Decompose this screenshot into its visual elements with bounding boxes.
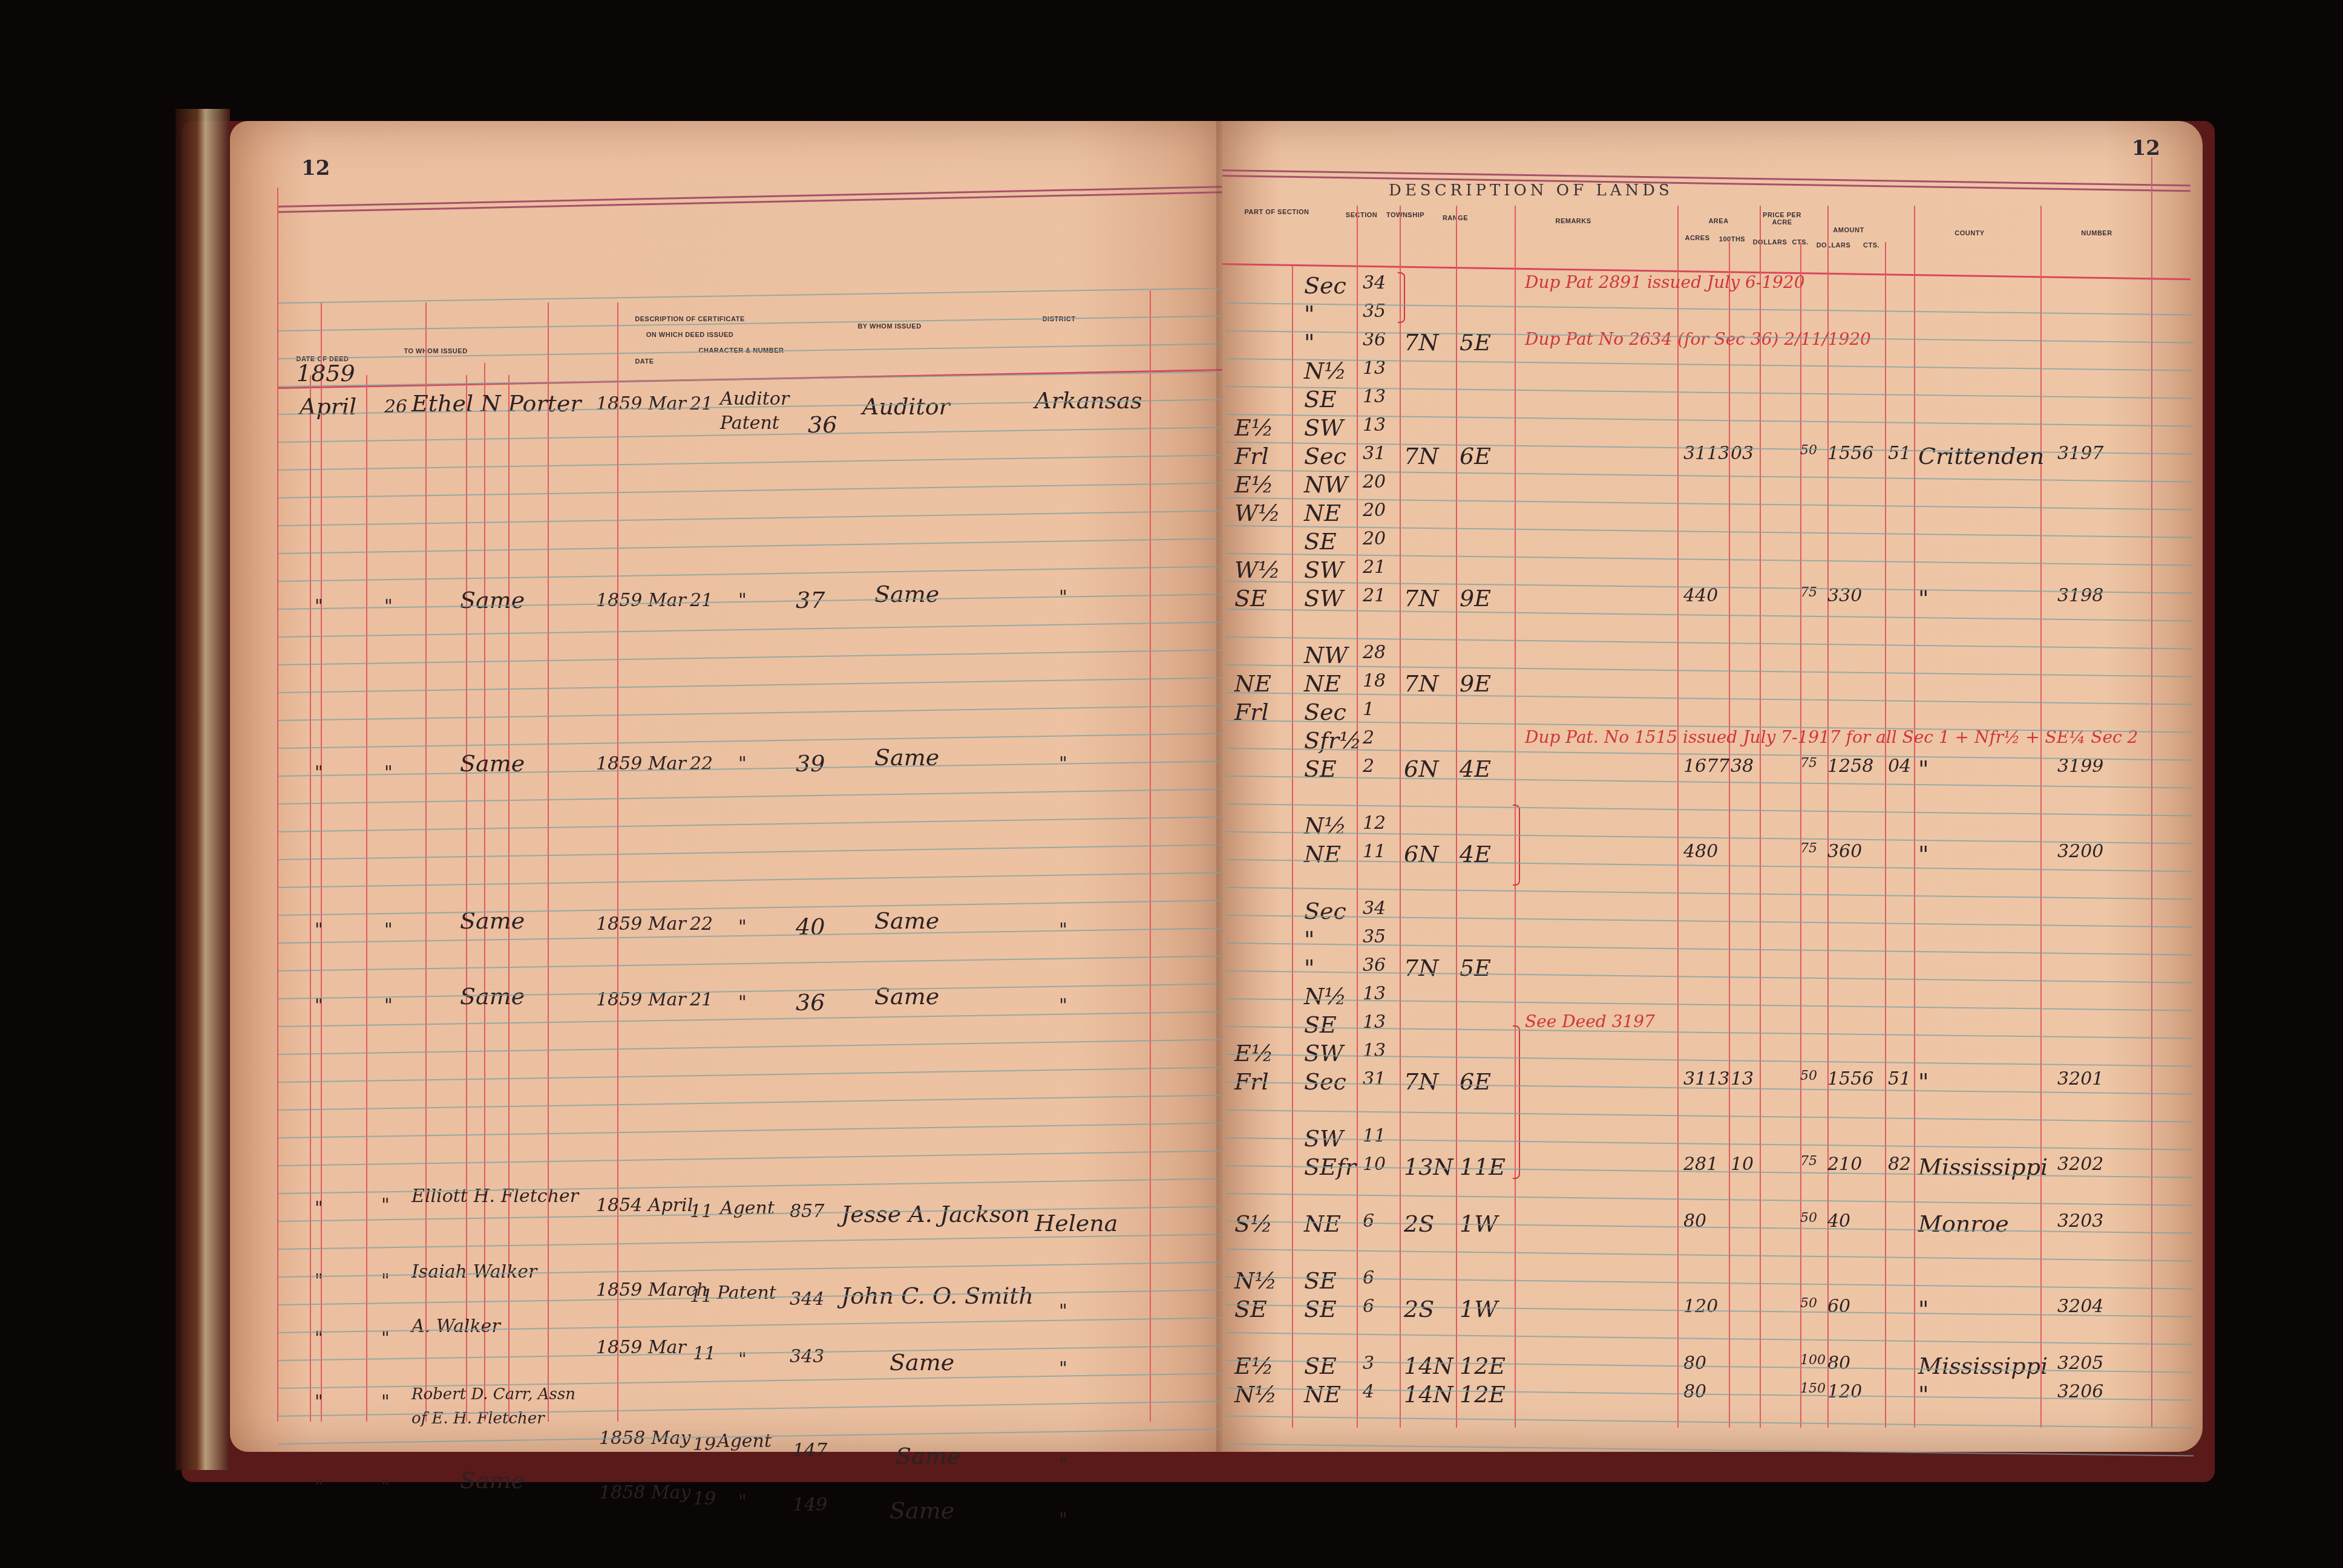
land-q: N½ (1304, 812, 1346, 839)
col-rule (1827, 206, 1829, 1428)
land-q: SE (1304, 1011, 1337, 1038)
land-part: Frl (1234, 443, 1269, 469)
land-county: Mississippi (1918, 1154, 2048, 1180)
col-header-by-whom-issued: By Whom Issued (829, 323, 950, 330)
land-rng: 6E (1460, 1068, 1491, 1095)
cert-character: " (738, 1491, 747, 1512)
grantee-name: Same (460, 1467, 525, 1494)
land-q: SW (1304, 1040, 1343, 1067)
deed-day: " (381, 1476, 390, 1497)
land-rng: 4E (1460, 841, 1491, 867)
col-header-price-dollars: Dollars (1752, 239, 1788, 246)
bracket-mark (1398, 272, 1405, 323)
land-pd: 75 (1800, 1154, 1817, 1169)
land-twp: 7N (1404, 1068, 1438, 1095)
bracket-mark (1513, 805, 1520, 886)
col-header-county: County (1924, 230, 2015, 237)
cert-date: 1859 Mar (596, 393, 686, 414)
land-twp: 7N (1404, 585, 1438, 612)
land-part: E½ (1234, 414, 1274, 441)
district: " (1059, 1301, 1067, 1322)
land-sec: 13 (1363, 386, 1386, 407)
land-twp: 7N (1404, 670, 1438, 697)
district: Helena (1035, 1210, 1118, 1236)
land-ac: 51 (1888, 443, 1911, 464)
header-double-rule (278, 186, 1222, 213)
land-ac: 82 (1888, 1154, 1911, 1175)
land-q: SE (1304, 756, 1337, 782)
land-county: " (1918, 756, 1928, 782)
land-part: N½ (1234, 1267, 1277, 1294)
land-q: NW (1304, 642, 1348, 668)
col-rule (1292, 266, 1293, 1428)
col-header-area: Area (1688, 218, 1749, 225)
col-rule (1150, 290, 1151, 1422)
deed-day: " (381, 1195, 390, 1216)
land-q: SW (1304, 585, 1343, 612)
land-acres: 480 (1683, 841, 1718, 862)
grantee-name: Robert D. Carr, Assn of E. H. Fletcher (411, 1382, 593, 1431)
cert-character: " (738, 590, 747, 611)
land-remarks: Dup Pat 2891 issued July 6-1920 (1525, 272, 1804, 292)
deed-month: " (315, 762, 323, 783)
land-part: SE (1234, 1296, 1267, 1322)
land-q: Sec (1304, 898, 1346, 924)
land-acres: 1677 (1683, 756, 1729, 777)
land-number: 3204 (2057, 1296, 2103, 1317)
deed-month: " (315, 1391, 323, 1413)
cert-day: 22 (690, 913, 713, 935)
land-sec: 20 (1363, 500, 1386, 521)
land-number: 3203 (2057, 1210, 2103, 1232)
col-header-acres: Acres (1679, 235, 1715, 242)
land-q: NE (1304, 1210, 1341, 1237)
land-twp: 14N (1404, 1381, 1453, 1408)
col-rule (617, 302, 618, 1422)
col-header-amount: Amount (1815, 227, 1882, 234)
land-amt: 1258 (1827, 756, 1873, 777)
grantee-name: Isaiah Walker (411, 1261, 537, 1282)
col-rule (310, 375, 311, 1422)
deed-day: " (384, 995, 393, 1016)
cert-character: " (738, 753, 747, 774)
col-rule (1885, 242, 1886, 1428)
cert-character: " (738, 992, 747, 1013)
land-q: NE (1304, 500, 1341, 526)
col-header-township: Township (1383, 212, 1428, 219)
land-pd: 50 (1800, 1210, 1817, 1226)
land-h: 03 (1731, 443, 1754, 464)
land-part: W½ (1234, 557, 1280, 583)
section-title-description-of-lands: DESCRIPTION OF LANDS (1380, 181, 1682, 200)
issuer: Same (874, 983, 939, 1010)
land-acres: 440 (1683, 585, 1718, 606)
land-sec: 31 (1363, 443, 1386, 464)
district: " (1059, 1509, 1067, 1530)
land-pd: 50 (1800, 1296, 1817, 1311)
left-page-number: 12 (301, 156, 330, 180)
col-rule (366, 375, 367, 1422)
land-sec: 11 (1363, 1125, 1386, 1146)
issuer: Same (890, 1497, 954, 1524)
cert-date: 1858 May (599, 1482, 690, 1503)
land-number: 3201 (2057, 1068, 2103, 1089)
cert-character: Agent (717, 1431, 772, 1452)
col-header-part-of-section: Part of Section (1234, 209, 1319, 216)
header-double-rule (1222, 169, 2191, 192)
cert-day: 19 (693, 1488, 716, 1509)
cert-day: 22 (690, 753, 713, 774)
land-rng: 5E (1460, 955, 1491, 981)
cert-day: 11 (690, 1201, 713, 1222)
land-amt: 60 (1827, 1296, 1850, 1317)
cert-character: Agent (720, 1198, 775, 1219)
deed-day: " (381, 1391, 390, 1413)
cert-character: " (738, 916, 747, 938)
land-q: NE (1304, 1381, 1341, 1408)
land-twp: 6N (1404, 841, 1438, 867)
land-q: " (1304, 955, 1314, 981)
land-county: " (1918, 1296, 1928, 1322)
land-acres: 80 (1683, 1381, 1706, 1402)
deed-month: " (315, 1198, 323, 1219)
land-acres: 120 (1683, 1296, 1718, 1317)
land-county: " (1918, 1381, 1928, 1408)
col-rule (321, 302, 322, 1422)
cert-date: 1859 Mar (596, 913, 686, 935)
cert-day: 11 (690, 1285, 713, 1307)
cert-date: 1859 Mar (596, 590, 686, 611)
land-sec: 1 (1363, 699, 1374, 720)
grantee-name: Ethel N Porter (411, 390, 582, 417)
land-amt: 210 (1827, 1154, 1862, 1175)
col-header-amount-cts: Cts. (1858, 242, 1885, 249)
land-q: SE (1304, 1353, 1337, 1379)
land-sec: 10 (1363, 1154, 1386, 1175)
land-county: " (1918, 841, 1928, 867)
deed-year: 1859 (297, 360, 355, 387)
cert-number: 40 (796, 913, 825, 940)
land-pd: 150 (1800, 1381, 1826, 1396)
land-sec: 21 (1363, 557, 1386, 578)
land-q: SE (1304, 528, 1337, 555)
land-twp: 14N (1404, 1353, 1453, 1379)
land-part: E½ (1234, 1040, 1274, 1067)
land-q: " (1304, 329, 1314, 356)
land-number: 3200 (2057, 841, 2103, 862)
grantee-name: Same (460, 587, 525, 613)
land-rng: 6E (1460, 443, 1491, 469)
issuer: Same (874, 581, 939, 607)
land-q: SE (1304, 1267, 1337, 1294)
land-sec: 12 (1363, 812, 1386, 834)
land-acres: 3113 (1683, 443, 1729, 464)
deed-day: " (384, 920, 393, 941)
deed-month: " (315, 920, 323, 941)
col-header-description-of-certificate: Description of Certificate (605, 316, 775, 323)
land-pd: 100 (1800, 1353, 1826, 1368)
land-amt: 360 (1827, 841, 1862, 862)
land-q: SE (1304, 386, 1337, 413)
land-q: NW (1304, 471, 1348, 498)
land-sec: 6 (1363, 1210, 1374, 1232)
land-number: 3202 (2057, 1154, 2103, 1175)
land-q: SE (1304, 1296, 1337, 1322)
issuer: Jesse A. Jackson (841, 1201, 1030, 1227)
land-part: E½ (1234, 471, 1274, 498)
cert-day: 21 (690, 590, 713, 611)
col-header-amount-dollars: Dollars (1812, 242, 1855, 249)
right-page-number: 12 (2132, 136, 2160, 160)
left-page: 12 Date of Deed To Whom Issued Descripti… (230, 121, 1222, 1452)
col-rule (1357, 206, 1358, 1428)
deed-day: " (384, 762, 393, 783)
land-twp: 2S (1404, 1296, 1434, 1322)
land-q: Sec (1304, 443, 1346, 469)
grantee-name: A. Walker (411, 1316, 500, 1337)
land-pd: 50 (1800, 443, 1817, 458)
land-remarks: Dup Pat No 2634 (for Sec 36) 2/11/1920 (1525, 329, 1871, 349)
land-rng: 12E (1460, 1353, 1506, 1379)
issuer: Same (874, 907, 939, 934)
cert-number: 149 (793, 1494, 827, 1515)
cert-number: 39 (796, 750, 825, 777)
land-q: Sec (1304, 272, 1346, 299)
land-sec: 13 (1363, 1011, 1386, 1033)
cert-number: 343 (790, 1346, 824, 1367)
col-header-on-which-deed-issued: on which Deed Issued (605, 332, 775, 339)
land-rng: 9E (1460, 670, 1491, 697)
cert-number: 147 (793, 1440, 827, 1461)
land-sec: 13 (1363, 414, 1386, 436)
land-amt: 120 (1827, 1381, 1862, 1402)
land-sec: 34 (1363, 898, 1386, 919)
land-pd: 75 (1800, 756, 1817, 771)
issuer: Auditor (862, 393, 950, 420)
land-sec: 21 (1363, 585, 1386, 606)
col-rule (2040, 206, 2042, 1428)
land-q: SW (1304, 557, 1343, 583)
cert-character: Patent (717, 1282, 776, 1304)
land-amt: 1556 (1827, 443, 1873, 464)
land-rng: 11E (1460, 1154, 1506, 1180)
margin-rule (2151, 157, 2152, 1428)
col-rule (1677, 206, 1679, 1428)
land-sec: 2 (1363, 756, 1374, 777)
cert-character: Auditor Patent (720, 387, 793, 436)
col-header-number: Number (2051, 230, 2142, 237)
cert-number: 36 (796, 989, 825, 1016)
col-header-range: Range (1431, 215, 1480, 222)
col-header-price-per-acre: Price per Acre (1755, 212, 1809, 226)
land-part: S½ (1234, 1210, 1273, 1237)
district: " (1059, 1455, 1067, 1476)
land-county: Mississippi (1918, 1353, 2048, 1379)
land-ac: 04 (1888, 756, 1911, 777)
land-twp: 7N (1404, 955, 1438, 981)
land-sec: 28 (1363, 642, 1386, 663)
col-rule (548, 302, 549, 1422)
land-h: 13 (1731, 1068, 1754, 1089)
land-rng: 9E (1460, 585, 1491, 612)
land-sec: 13 (1363, 1040, 1386, 1061)
issuer: Same (890, 1349, 954, 1376)
land-q: NE (1304, 841, 1341, 867)
col-header-100ths: 100ths (1715, 236, 1749, 243)
land-ac: 51 (1888, 1068, 1911, 1089)
land-acres: 80 (1683, 1210, 1706, 1232)
land-part: W½ (1234, 500, 1280, 526)
land-sec: 18 (1363, 670, 1386, 691)
land-acres: 80 (1683, 1353, 1706, 1374)
col-header-to-whom-issued: To Whom Issued (375, 348, 496, 355)
cert-number: 344 (790, 1289, 824, 1310)
land-h: 38 (1731, 756, 1754, 777)
land-q: N½ (1304, 358, 1346, 384)
deed-month: " (315, 596, 323, 617)
cert-day: 21 (690, 393, 713, 414)
land-q: Sec (1304, 1068, 1346, 1095)
land-q: N½ (1304, 983, 1346, 1010)
col-header-remarks: Remarks (1507, 218, 1640, 225)
land-sec: 4 (1363, 1381, 1374, 1402)
land-sec: 20 (1363, 471, 1386, 492)
land-sec: 3 (1363, 1353, 1374, 1374)
land-sec: 2 (1363, 727, 1374, 748)
land-part: E½ (1234, 1353, 1274, 1379)
frayed-spine (175, 109, 230, 1470)
col-rule (1914, 206, 1915, 1428)
land-part: SE (1234, 585, 1267, 612)
land-county: Crittenden (1918, 443, 2044, 469)
land-sec: 31 (1363, 1068, 1386, 1089)
land-remarks: See Deed 3197 (1525, 1011, 1655, 1031)
issuer: Same (896, 1443, 960, 1469)
land-rng: 12E (1460, 1381, 1506, 1408)
col-header-section: Section (1343, 212, 1380, 219)
col-rule (1800, 242, 1801, 1428)
land-q: " (1304, 926, 1314, 953)
col-rule (425, 302, 427, 1422)
deed-month: " (315, 1270, 323, 1292)
cert-date: 1854 April (596, 1195, 693, 1216)
deed-day: " (381, 1270, 390, 1292)
land-twp: 7N (1404, 443, 1438, 469)
col-rule (1760, 206, 1761, 1428)
land-county: Monroe (1918, 1210, 2009, 1237)
land-pd: 50 (1800, 1068, 1817, 1083)
land-number: 3198 (2057, 585, 2103, 606)
bracket-mark (1513, 1025, 1520, 1179)
land-rng: 1W (1460, 1296, 1498, 1322)
land-part: N½ (1234, 1381, 1277, 1408)
land-sec: 20 (1363, 528, 1386, 549)
land-q: SW (1304, 414, 1343, 441)
land-pd: 75 (1800, 841, 1817, 856)
deed-day: 26 (384, 396, 407, 417)
cert-number: 857 (790, 1201, 824, 1222)
land-amt: 80 (1827, 1353, 1850, 1374)
land-amt: 1556 (1827, 1068, 1873, 1089)
land-sec: 11 (1363, 841, 1386, 862)
land-acres: 3113 (1683, 1068, 1729, 1089)
deed-month: April (300, 393, 356, 420)
land-sec: 34 (1363, 272, 1386, 293)
deed-month: " (315, 1476, 323, 1497)
